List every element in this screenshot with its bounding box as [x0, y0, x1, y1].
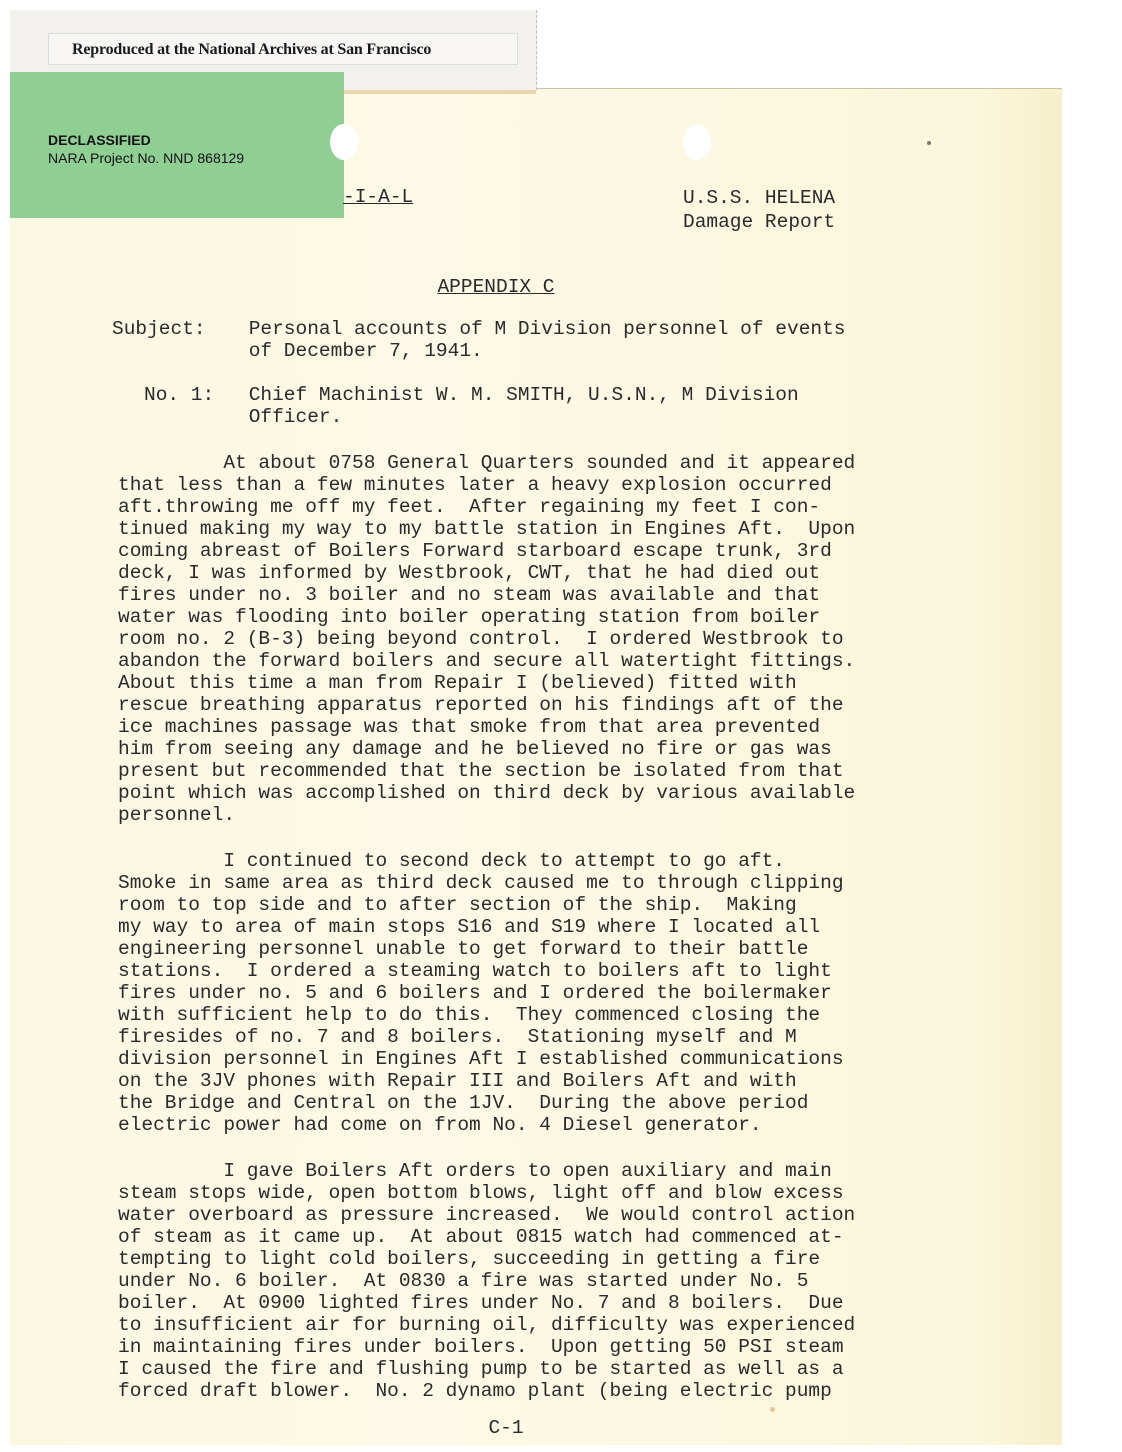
- archive-stamp: Reproduced at the National Archives at S…: [48, 33, 518, 65]
- text-line: boiler. At 0900 lighted fires under No. …: [118, 1292, 988, 1314]
- declassified-title: DECLASSIFIED: [48, 132, 151, 148]
- ship-name: U.S.S. HELENA: [683, 186, 835, 210]
- text-line: of steam as it came up. At about 0815 wa…: [118, 1226, 988, 1248]
- text-line: present but recommended that the section…: [118, 760, 988, 782]
- subject-label: Subject:: [112, 318, 237, 340]
- text-line: aft.throwing me off my feet. After regai…: [118, 496, 988, 518]
- text-line: under No. 6 boiler. At 0830 a fire was s…: [118, 1270, 988, 1292]
- declassified-project: NARA Project No. NND 868129: [48, 150, 244, 166]
- account-text: Chief Machinist W. M. SMITH, U.S.N., M D…: [249, 384, 799, 428]
- speck: [927, 141, 931, 145]
- text-line: division personnel in Engines Aft I esta…: [118, 1048, 988, 1070]
- classification-marking: -I-A-L: [343, 186, 413, 208]
- paragraph-2: I continued to second deck to attempt to…: [118, 850, 988, 1136]
- subject-line: of December 7, 1941.: [249, 340, 846, 362]
- text-line: tempting to light cold boilers, succeedi…: [118, 1248, 988, 1270]
- text-line: the Bridge and Central on the 1JV. Durin…: [118, 1092, 988, 1114]
- appendix-heading: APPENDIX C: [0, 276, 1122, 298]
- text-line: Smoke in same area as third deck caused …: [118, 872, 988, 894]
- text-line: my way to area of main stops S16 and S19…: [118, 916, 988, 938]
- account-line: Chief Machinist W. M. SMITH, U.S.N., M D…: [249, 384, 799, 406]
- text-line: abandon the forward boilers and secure a…: [118, 650, 988, 672]
- paragraph-3: I gave Boilers Aft orders to open auxili…: [118, 1160, 988, 1402]
- text-line: to insufficient air for burning oil, dif…: [118, 1314, 988, 1336]
- page-number: C-1: [488, 1417, 523, 1439]
- text-line: fires under no. 3 boiler and no steam wa…: [118, 584, 988, 606]
- subject-line: Personal accounts of M Division personne…: [249, 318, 846, 340]
- text-line: engineering personnel unable to get forw…: [118, 938, 988, 960]
- report-type: Damage Report: [683, 210, 835, 234]
- subject-block: Subject: Personal accounts of M Division…: [112, 318, 846, 362]
- text-line: At about 0758 General Quarters sounded a…: [118, 452, 988, 474]
- text-line: room to top side and to after section of…: [118, 894, 988, 916]
- text-line: About this time a man from Repair I (bel…: [118, 672, 988, 694]
- text-line: coming abreast of Boilers Forward starbo…: [118, 540, 988, 562]
- text-line: stations. I ordered a steaming watch to …: [118, 960, 988, 982]
- text-line: I caused the fire and flushing pump to b…: [118, 1358, 988, 1380]
- paragraph-1: At about 0758 General Quarters sounded a…: [118, 452, 988, 826]
- text-line: fires under no. 5 and 6 boilers and I or…: [118, 982, 988, 1004]
- stain: [770, 1407, 775, 1412]
- text-line: forced draft blower. No. 2 dynamo plant …: [118, 1380, 988, 1402]
- punch-hole-right: [683, 124, 711, 160]
- text-line: room no. 2 (B-3) being beyond control. I…: [118, 628, 988, 650]
- text-line: point which was accomplished on third de…: [118, 782, 988, 804]
- text-line: steam stops wide, open bottom blows, lig…: [118, 1182, 988, 1204]
- text-line: water overboard as pressure increased. W…: [118, 1204, 988, 1226]
- text-line: firesides of no. 7 and 8 boilers. Statio…: [118, 1026, 988, 1048]
- punch-hole-left: [330, 124, 358, 160]
- subject-text: Personal accounts of M Division personne…: [249, 318, 846, 362]
- text-line: I continued to second deck to attempt to…: [118, 850, 988, 872]
- text-line: on the 3JV phones with Repair III and Bo…: [118, 1070, 988, 1092]
- account-block: No. 1: Chief Machinist W. M. SMITH, U.S.…: [144, 384, 799, 428]
- page-footer: C-1: [0, 1417, 1122, 1439]
- text-line: him from seeing any damage and he believ…: [118, 738, 988, 760]
- text-line: water was flooding into boiler operating…: [118, 606, 988, 628]
- text-line: rescue breathing apparatus reported on h…: [118, 694, 988, 716]
- text-line: personnel.: [118, 804, 988, 826]
- document-header: U.S.S. HELENA Damage Report: [683, 186, 835, 234]
- appendix-title: APPENDIX C: [437, 276, 554, 298]
- account-line: Officer.: [249, 406, 799, 428]
- text-line: ice machines passage was that smoke from…: [118, 716, 988, 738]
- text-line: that less than a few minutes later a hea…: [118, 474, 988, 496]
- text-line: I gave Boilers Aft orders to open auxili…: [118, 1160, 988, 1182]
- text-line: tinued making my way to my battle statio…: [118, 518, 988, 540]
- text-line: with sufficient help to do this. They co…: [118, 1004, 988, 1026]
- account-label: No. 1:: [144, 384, 237, 406]
- text-line: deck, I was informed by Westbrook, CWT, …: [118, 562, 988, 584]
- text-line: in maintaining fires under boilers. Upon…: [118, 1336, 988, 1358]
- text-line: electric power had come on from No. 4 Di…: [118, 1114, 988, 1136]
- declassified-sticker: DECLASSIFIED NARA Project No. NND 868129: [10, 72, 344, 218]
